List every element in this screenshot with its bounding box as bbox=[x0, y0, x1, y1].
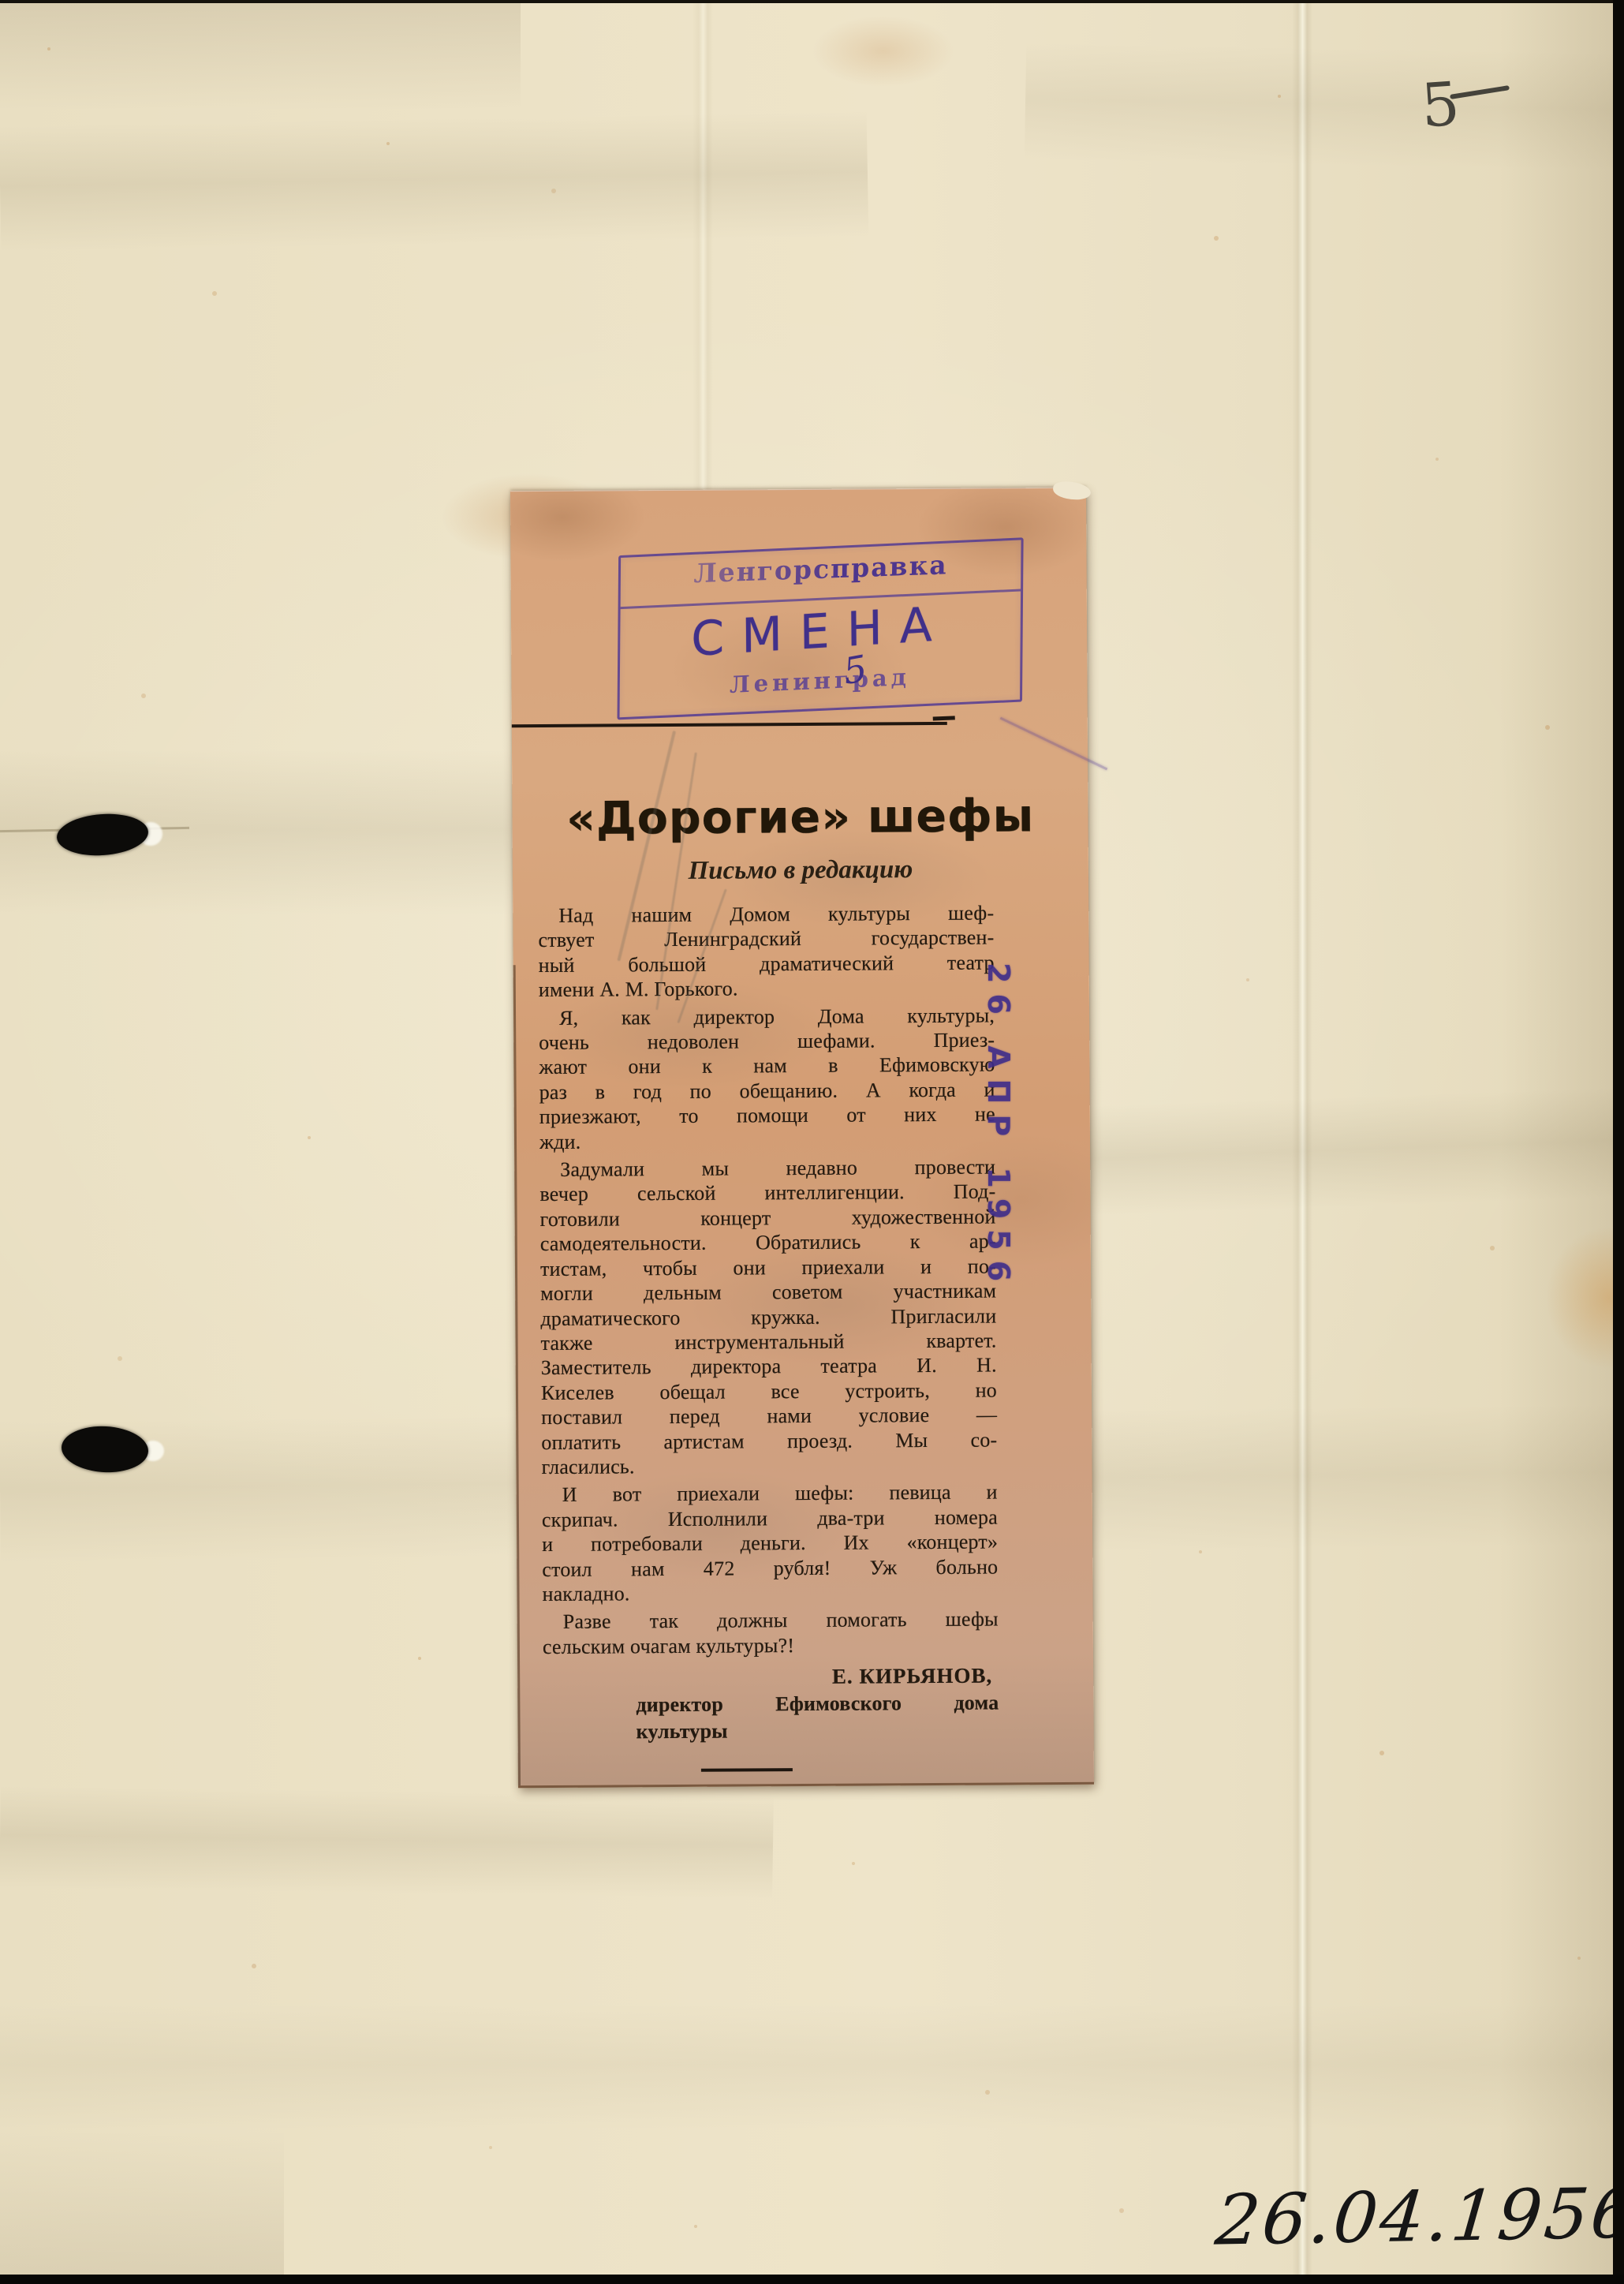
article-line: оплатить артистам проезд. Мы со- bbox=[541, 1427, 997, 1455]
article-line: также инструментальный квартет. bbox=[540, 1328, 996, 1355]
end-rule bbox=[701, 1768, 793, 1772]
article-line: драматического кружка. Пригласили bbox=[540, 1303, 996, 1331]
right-edge-shadow bbox=[1499, 0, 1613, 2284]
article-line: имени А. М. Горького. bbox=[539, 975, 995, 1003]
article-line: Задумали мы недавно провести bbox=[539, 1155, 995, 1183]
article-line: Над нашим Домом культуры шеф- bbox=[538, 901, 994, 929]
signature-role-block: директор Ефимовского домакультуры bbox=[543, 1690, 999, 1747]
article-line: жают они к нам в Ефимовскую bbox=[539, 1052, 995, 1080]
article-line: жди. bbox=[539, 1127, 995, 1154]
article-line: вечер сельской интеллигенции. Под- bbox=[539, 1179, 995, 1207]
article-line: стоил нам 472 рубля! Уж больно bbox=[542, 1554, 998, 1582]
page-number: 5 bbox=[1419, 68, 1462, 140]
article-line: поставил перед нами условие — bbox=[541, 1403, 997, 1430]
article-line: скрипач. Исполнили два-три номера bbox=[542, 1505, 998, 1532]
article-line: гласились. bbox=[541, 1452, 997, 1479]
article-line: приезжают, то помощи от них не bbox=[539, 1102, 995, 1130]
corner-shadow-top-left bbox=[0, 0, 521, 110]
scan-edge-bottom bbox=[0, 2275, 1624, 2284]
signature-role-line: культуры bbox=[543, 1717, 999, 1747]
article-line: И вот приехали шефы: певица и bbox=[542, 1480, 998, 1508]
reference-stamp: Ленгорсправка СМЕНА Ленинград 5 bbox=[617, 537, 1023, 720]
article-line: очень недоволен шефами. Приез- bbox=[539, 1028, 995, 1056]
stamp-organization-label: Ленгорсправка bbox=[621, 547, 1021, 591]
fold-crease-vertical-top bbox=[693, 0, 713, 505]
article-paragraph: Задумали мы недавно провестивечер сельск… bbox=[539, 1155, 997, 1480]
article-line: тистам, чтобы они приехали и по- bbox=[540, 1254, 996, 1281]
article-line: Киселев обещал все устроить, но bbox=[541, 1378, 997, 1405]
date-stamp-vertical: 26 АПР 1956 bbox=[981, 963, 1016, 1256]
article-paragraph: Я, как директор Дома культуры,очень недо… bbox=[539, 1003, 995, 1154]
article-line: готовили концерт художественной bbox=[540, 1204, 996, 1232]
article-line: и потребовали деньги. Их «концерт» bbox=[542, 1530, 998, 1557]
signature-role-line: директор Ефимовского дома bbox=[543, 1690, 999, 1720]
scan-edge-right bbox=[1613, 0, 1624, 2284]
article-line: ствует Ленинградский государствен- bbox=[538, 925, 994, 953]
corner-shadow-bottom-left bbox=[0, 2130, 284, 2275]
handwritten-date: 26.04.1956 bbox=[1212, 2172, 1624, 2260]
signature-name: Е. КИРЬЯНОВ, bbox=[543, 1662, 999, 1693]
article-body: Над нашим Домом культуры шеф-ствует Лени… bbox=[538, 901, 999, 1747]
crease-band bbox=[0, 2004, 1624, 2130]
article-line: Разве так должны помогать шефы bbox=[543, 1607, 999, 1635]
article-line: накладно. bbox=[542, 1579, 998, 1606]
paper-speckles bbox=[47, 47, 50, 50]
scanned-archive-page: { "page": { "number": "5", "handwritten_… bbox=[0, 0, 1624, 2284]
article-line: сельским очагам культуры?! bbox=[543, 1632, 999, 1659]
crease-band bbox=[0, 1785, 774, 1899]
article-line: могли дельным советом участникам bbox=[540, 1279, 996, 1306]
article-line: ный большой драматический театр bbox=[539, 950, 995, 978]
article-paragraph: Над нашим Домом культуры шеф-ствует Лени… bbox=[538, 901, 995, 1003]
article-line: раз в год по обещанию. А когда и bbox=[539, 1077, 995, 1105]
crease-band bbox=[0, 110, 868, 252]
scan-edge-top bbox=[0, 0, 1624, 3]
stain bbox=[812, 16, 954, 87]
article-line: Заместитель директора театра И. Н. bbox=[541, 1353, 997, 1381]
article-paragraph: И вот приехали шефы: певица искрипач. Ис… bbox=[542, 1480, 999, 1607]
article-line: Я, как директор Дома культуры, bbox=[539, 1003, 995, 1030]
subheadline: Письмо в редакцию bbox=[513, 854, 1088, 887]
article-paragraph: Разве так должны помогать шефысельским о… bbox=[543, 1607, 999, 1659]
headline: «Дорогие» шефы bbox=[512, 790, 1088, 845]
article-line: самодеятельности. Обратились к ар- bbox=[540, 1229, 996, 1257]
